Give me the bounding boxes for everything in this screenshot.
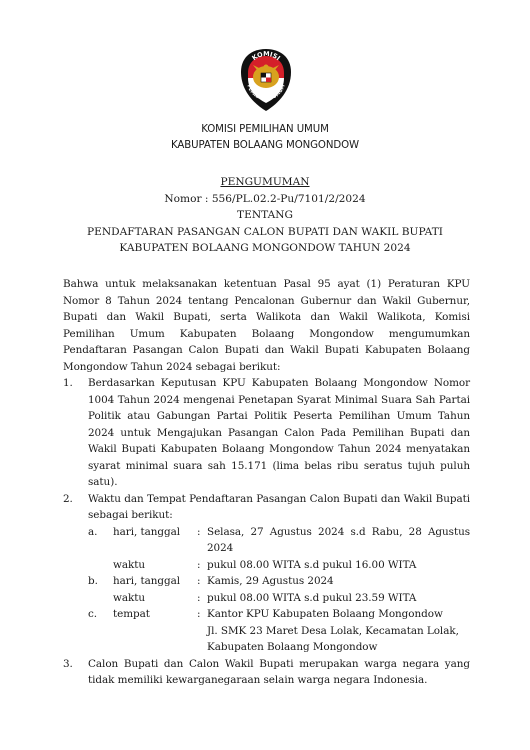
schedule-row: b. hari, tanggal : Kamis, 29 Agustus 202…: [88, 573, 470, 590]
intro-paragraph: Bahwa untuk melaksanakan ketentuan Pasal…: [63, 276, 470, 375]
list-number: 3.: [63, 656, 88, 689]
sub-label: hari, tanggal: [113, 524, 197, 557]
sub-colon: :: [197, 573, 207, 590]
schedule-row: c. tempat : Kantor KPU Kabupaten Bolaang…: [88, 606, 470, 623]
sub-label: [113, 639, 197, 656]
sub-value: Selasa, 27 Agustus 2024 s.d Rabu, 28 Agu…: [207, 524, 470, 557]
sub-colon: [197, 639, 207, 656]
sub-colon: [197, 623, 207, 640]
list-text: Waktu dan Tempat Pendaftaran Pasangan Ca…: [88, 491, 470, 524]
sub-letter: [88, 623, 113, 640]
list-item-2: 2. Waktu dan Tempat Pendaftaran Pasangan…: [63, 491, 470, 656]
schedule-row: Jl. SMK 23 Maret Desa Lolak, Kecamatan L…: [88, 623, 470, 640]
sub-value: Kamis, 29 Agustus 2024: [207, 573, 470, 590]
list-content: Waktu dan Tempat Pendaftaran Pasangan Ca…: [88, 491, 470, 656]
sub-letter: b.: [88, 573, 113, 590]
announcement-subject-line1: PENDAFTARAN PASANGAN CALON BUPATI DAN WA…: [0, 224, 530, 241]
institution-name: KOMISI PEMILIHAN UMUM: [0, 124, 530, 135]
sub-label: tempat: [113, 606, 197, 623]
announcement-title: PENGUMUMAN: [0, 174, 530, 191]
sub-colon: :: [197, 524, 207, 557]
sub-letter: a.: [88, 524, 113, 557]
sub-value: pukul 08.00 WITA s.d pukul 16.00 WITA: [207, 557, 470, 574]
sub-value: Jl. SMK 23 Maret Desa Lolak, Kecamatan L…: [207, 623, 470, 640]
list-number: 1.: [63, 375, 88, 491]
sub-letter: [88, 590, 113, 607]
list-text: Calon Bupati dan Calon Wakil Bupati meru…: [88, 656, 470, 689]
sub-colon: :: [197, 557, 207, 574]
sub-colon: :: [197, 590, 207, 607]
document-page: KOMISI PEMILIHAN UMUM KOMISI PEMILIHAN U…: [0, 0, 530, 750]
schedule-row: a. hari, tanggal : Selasa, 27 Agustus 20…: [88, 524, 470, 557]
sub-letter: c.: [88, 606, 113, 623]
announcement-number: Nomor : 556/PL.02.2-Pu/7101/2/2024: [0, 191, 530, 208]
announcement-body: Bahwa untuk melaksanakan ketentuan Pasal…: [63, 276, 470, 689]
kpu-emblem-icon: KOMISI PEMILIHAN UMUM: [239, 48, 293, 112]
list-item-3: 3. Calon Bupati dan Calon Wakil Bupati m…: [63, 656, 470, 689]
schedule-row: waktu : pukul 08.00 WITA s.d pukul 16.00…: [88, 557, 470, 574]
sub-label: waktu: [113, 590, 197, 607]
schedule-row: waktu : pukul 08.00 WITA s.d pukul 23.59…: [88, 590, 470, 607]
sub-value: pukul 08.00 WITA s.d pukul 23.59 WITA: [207, 590, 470, 607]
sub-letter: [88, 639, 113, 656]
sub-label: waktu: [113, 557, 197, 574]
schedule-row: Kabupaten Bolaang Mongondow: [88, 639, 470, 656]
sub-colon: :: [197, 606, 207, 623]
sub-value: Kabupaten Bolaang Mongondow: [207, 639, 470, 656]
sub-letter: [88, 557, 113, 574]
announcement-tentang: TENTANG: [0, 207, 530, 224]
announcement-subject-line2: KABUPATEN BOLAANG MONGONDOW TAHUN 2024: [0, 240, 530, 257]
list-number: 2.: [63, 491, 88, 656]
institution-region: KABUPATEN BOLAANG MONGONDOW: [0, 140, 530, 151]
sub-label: hari, tanggal: [113, 573, 197, 590]
list-text: Berdasarkan Keputusan KPU Kabupaten Bola…: [88, 375, 470, 491]
sub-value: Kantor KPU Kabupaten Bolaang Mongondow: [207, 606, 470, 623]
sub-label: [113, 623, 197, 640]
list-item-1: 1. Berdasarkan Keputusan KPU Kabupaten B…: [63, 375, 470, 491]
